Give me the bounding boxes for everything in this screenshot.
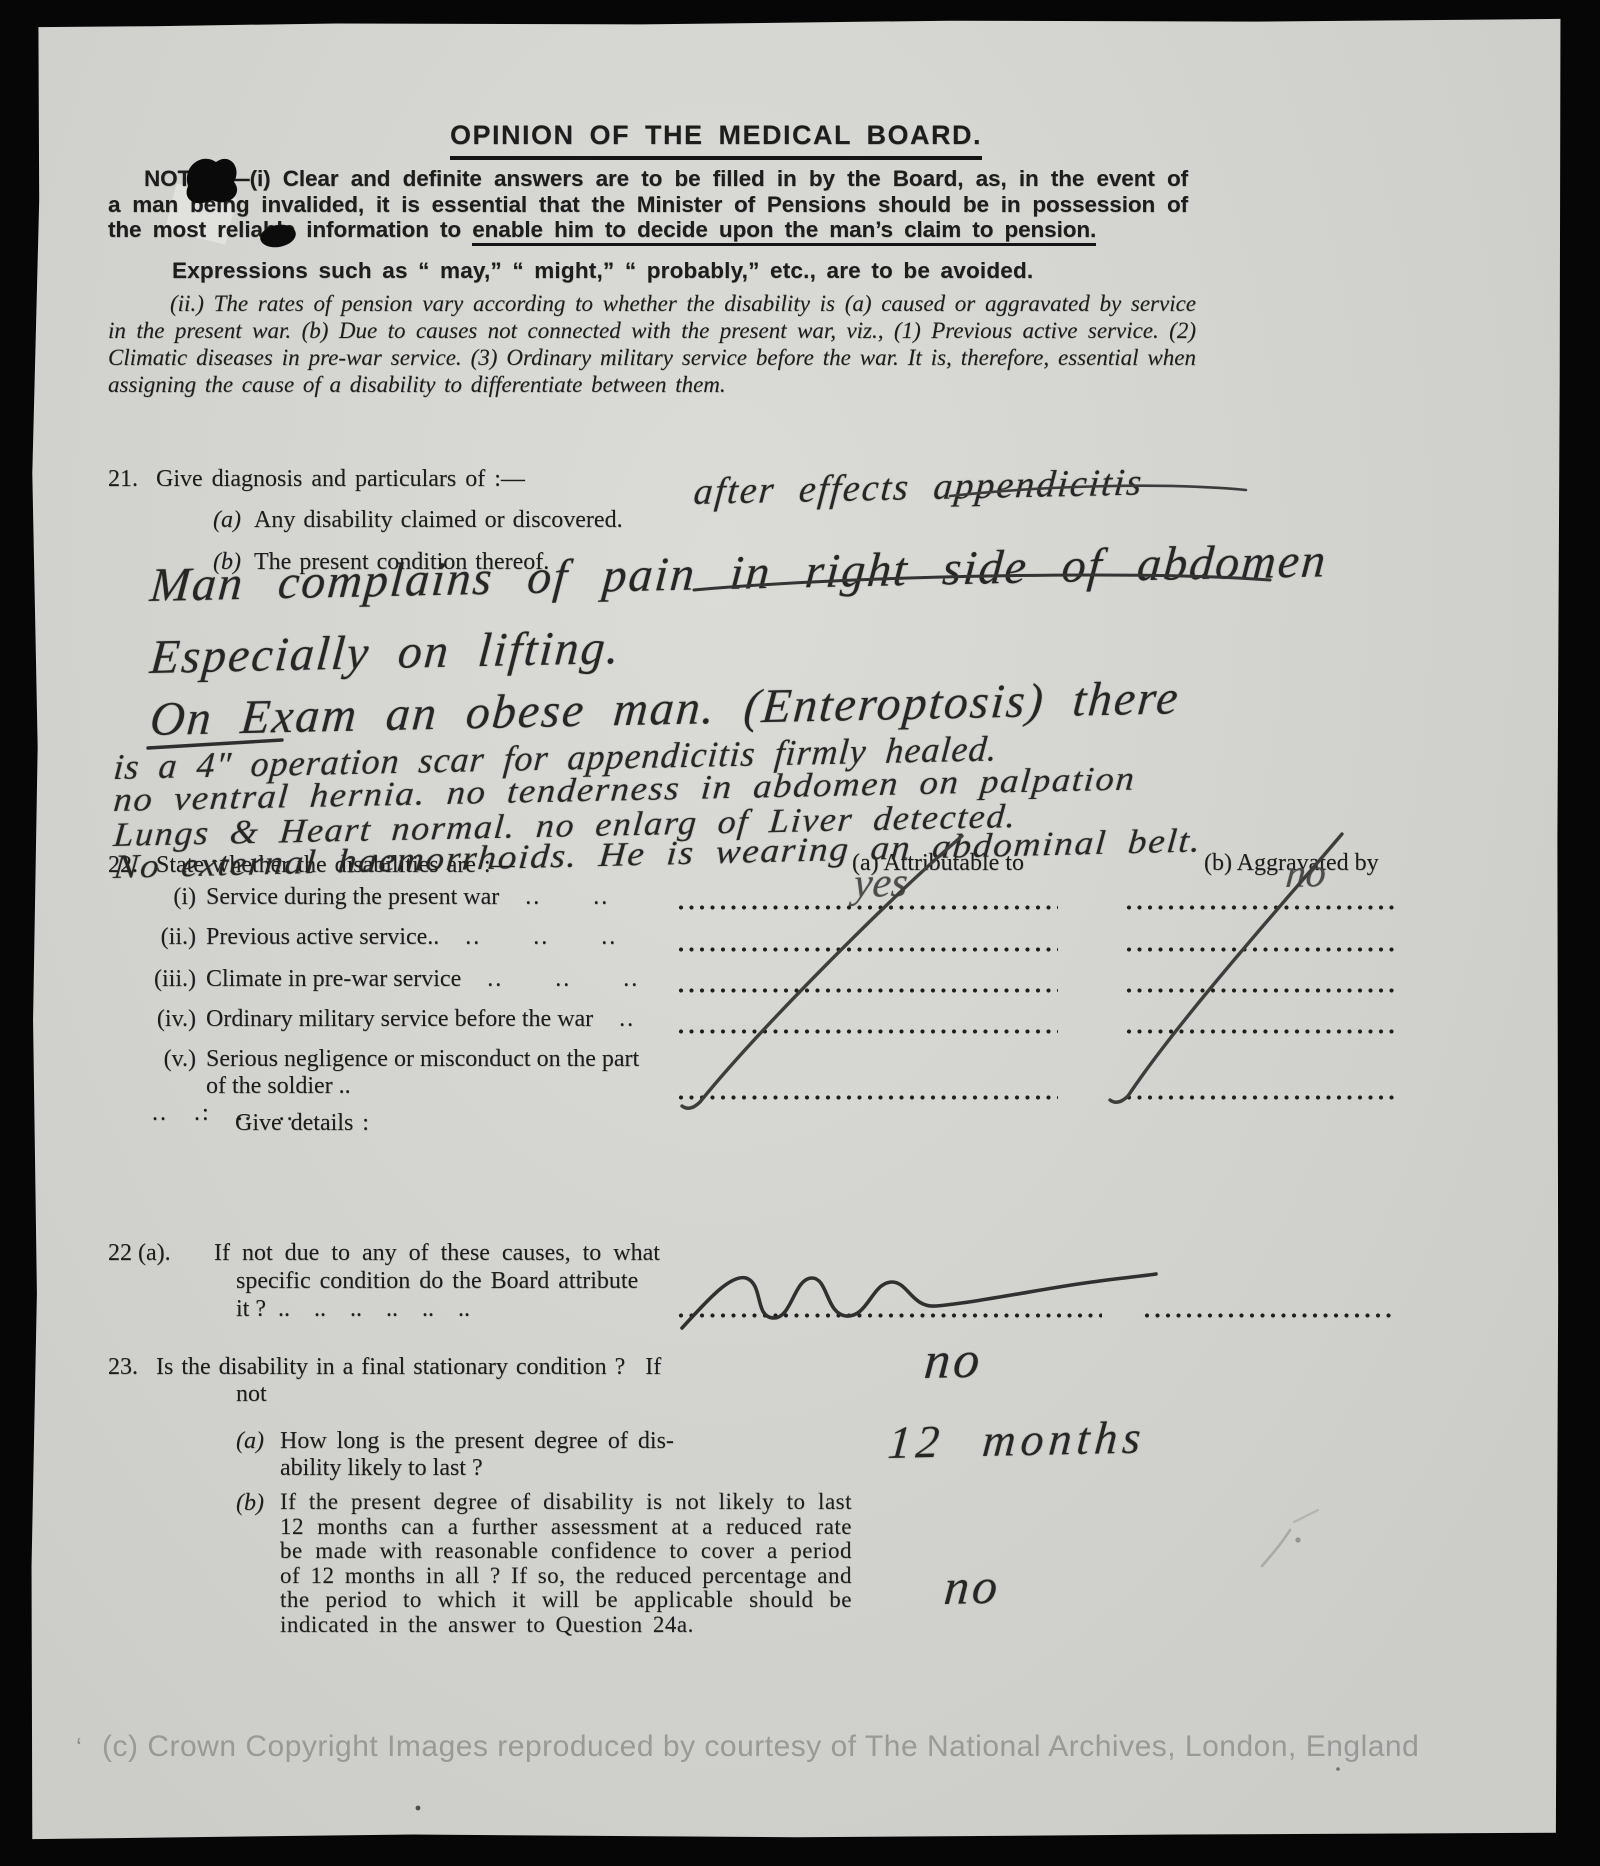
q22-row-v-dotline-a [678, 1094, 1058, 1100]
q23a-num: (a) [236, 1428, 264, 1455]
q22-row-iii-num: (iii.) [126, 966, 196, 993]
q22-row-iv-dotline-b [1126, 1028, 1398, 1034]
q22a-dotline-2 [1144, 1312, 1396, 1318]
q22-row-v-dotline-b [1126, 1094, 1398, 1100]
handwriting-line-2: Especially on lifting. [148, 620, 623, 685]
pencil-smudge-1 [1262, 1530, 1290, 1566]
q22-row-i: (i)Service during the present war.. .. [126, 884, 609, 911]
q23-question-cont: not [236, 1381, 267, 1408]
q23b-paragraph: If the present degree of disability is n… [280, 1490, 852, 1637]
q22-row-iv-label: Ordinary military service before the war [206, 1006, 593, 1032]
handwriting-q22a-scrawl [682, 1274, 1156, 1328]
q22-row-iii-dotline-b [1126, 987, 1398, 993]
page-title: OPINION OF THE MEDICAL BOARD. [450, 120, 982, 160]
q22-row-v-label: Serious negligence or misconduct on the … [206, 1046, 646, 1100]
notes-expressions: Expressions such as “ may,” “ might,” “ … [172, 258, 1033, 284]
q21-number: 21. [108, 466, 138, 493]
handwriting-q23a-answer: 12 months [886, 1411, 1148, 1469]
q21-question: Give diagnosis and particulars of :— [156, 466, 525, 493]
notes-paragraph: NOTES.—(i) Clear and definite answers ar… [108, 166, 1188, 243]
q22-row-iii-label: Climate in pre-war service [206, 966, 461, 992]
pencil-smudge-2 [1294, 1510, 1318, 1522]
handwriting-aggravated-no: no [1284, 849, 1328, 897]
q22-row-iv-num: (iv.) [126, 1006, 196, 1033]
q22a-question-line2: specific condition do the Board attribut… [236, 1268, 638, 1295]
q21a-num: (a) [213, 507, 241, 534]
speck-2 [1336, 1767, 1340, 1771]
q21a-label: Any disability claimed or discovered. [254, 507, 623, 534]
q22-row-ii: (ii.)Previous active service.... .. .. [126, 924, 617, 951]
handwriting-q23b-answer: no [942, 1557, 1003, 1616]
q22a-dotline-1 [678, 1312, 1102, 1318]
pencil-smudge-dot [1295, 1537, 1300, 1542]
notes-label: NOTES.— [144, 166, 250, 191]
q23a-line1: How long is the present degree of dis- [280, 1428, 674, 1455]
q22-row-v: (v.)Serious negligence or misconduct on … [126, 1046, 671, 1127]
handwriting-q21a-answer: after effects appendicitis [692, 460, 1145, 514]
q22a-question-line1: If not due to any of these causes, to wh… [214, 1240, 660, 1267]
q22-row-iii-leaders: .. .. .. [487, 966, 639, 992]
q22-row-i-num: (i) [126, 884, 196, 911]
q22-row-i-dotline-b [1126, 904, 1398, 910]
q23a-line2: ability likely to last ? [280, 1455, 483, 1482]
q22a-number: 22 (a). [108, 1240, 171, 1267]
q22-row-v-num: (v.) [126, 1046, 196, 1073]
speck-1 [416, 1806, 421, 1811]
crown-copyright-watermark: (c) Crown Copyright Images reproduced by… [102, 1730, 1419, 1764]
scan-background: OPINION OF THE MEDICAL BOARD. NOTES.—(i)… [0, 0, 1600, 1866]
q23-number: 23. [108, 1354, 138, 1381]
q22-row-ii-dotline-a [678, 946, 1058, 952]
q22-row-ii-leaders: .. .. .. [465, 924, 617, 950]
handwriting-q23-answer: no [922, 1331, 985, 1391]
q22-row-iii: (iii.)Climate in pre-war service.. .. .. [126, 966, 639, 993]
handwriting-line-1: Man complains of pain in right side of a… [148, 533, 1330, 613]
q22-row-ii-label: Previous active service.. [206, 924, 439, 950]
document-page: OPINION OF THE MEDICAL BOARD. NOTES.—(i)… [30, 18, 1562, 1840]
q22-row-i-label: Service during the present war [206, 884, 499, 910]
notes-underlined-clause: enable him to decide upon the man’s clai… [472, 217, 1096, 246]
stray-mark: ‘ [76, 1732, 82, 1763]
q22-row-iv-leaders: .. [619, 1006, 635, 1032]
q23-question: Is the disability in a final stationary … [156, 1354, 661, 1381]
notes-item-ii: (ii.) The rates of pension vary accordin… [108, 290, 1196, 398]
q22-row-ii-dotline-b [1126, 946, 1398, 952]
q22-row-iv: (iv.)Ordinary military service before th… [126, 1006, 635, 1033]
q22-give-details-label: Give details : [235, 1110, 369, 1137]
q22-row-iii-dotline-a [678, 987, 1058, 993]
q23b-num: (b) [236, 1490, 264, 1517]
q22a-question-line3: it ? .. .. .. .. .. .. [236, 1296, 470, 1323]
handwriting-attributable-yes: yes [852, 859, 910, 908]
q22-row-i-leaders: .. .. [525, 884, 609, 910]
q22-row-iv-dotline-a [678, 1028, 1058, 1034]
q22-row-ii-num: (ii.) [126, 924, 196, 951]
